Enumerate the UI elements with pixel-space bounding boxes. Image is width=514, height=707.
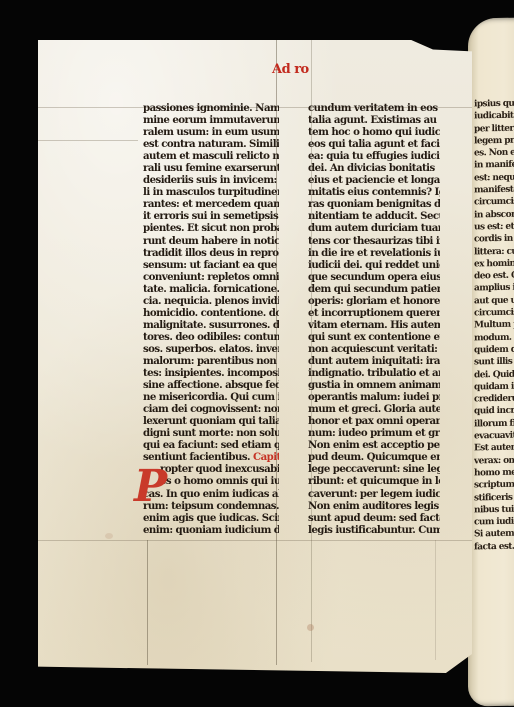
text-line: quid incredulitas — [474, 405, 514, 418]
text-line: tradidit illos deus in reprobum — [143, 247, 279, 259]
text-line: ribunt: et quicumque in lege pec — [308, 475, 440, 487]
text-line: amplius iudeo est — [474, 282, 514, 295]
text-line: homicidio. contentione. dolo. — [143, 307, 279, 319]
text-line: Non enim auditores legis iusti — [308, 500, 440, 512]
text-line: num: iudeo primum et greco. — [308, 427, 440, 439]
text-line: tate. malicia. fornicatione. avari — [143, 283, 279, 295]
text-line: tens cor thesaurizas tibi iram — [308, 235, 440, 247]
chapter-rubric: Capitulum II — [250, 451, 279, 463]
text-line: lege peccaverunt: sine lege pe — [308, 463, 440, 475]
text-line: cum iudicaris. — [474, 515, 514, 528]
text-line: homo mendax sicut — [474, 466, 514, 479]
text-line: malorum: parentibus non obedien — [143, 355, 279, 367]
text-line: pud deum. Quicumque enim sine — [308, 451, 440, 463]
text-line: non acquiescunt veritati: cre — [308, 343, 440, 355]
text-line: circumcisionis. — [474, 306, 514, 319]
adjacent-leaf: ipsius que legemiudicabit te quiper litt… — [468, 17, 514, 706]
text-line: mine eorum immutaverunt natu — [143, 114, 279, 126]
ruling-line-right-col-inner — [435, 540, 436, 660]
text-line: verax: omnis autem — [474, 454, 514, 467]
text-line: cordis in spiritu non — [474, 233, 514, 246]
text-line: operantis malum: iudei pri — [308, 391, 440, 403]
text-line: dei. An divicias bonitatis — [308, 162, 440, 174]
stain — [105, 533, 113, 539]
text-line: pientes. Et sicut non probave — [143, 222, 279, 234]
text-line: tem hoc o homo qui iudicas — [308, 126, 440, 138]
stain — [307, 624, 314, 631]
text-line: eius et paciencie et longani — [308, 174, 440, 186]
text-line: quidam illorum non — [474, 380, 514, 393]
text-line: iudicii dei. qui reddet unicui — [308, 259, 440, 271]
text-line: li in masculos turpitudinem ope — [143, 186, 279, 198]
text-line: operis: gloriam et honorem — [308, 295, 440, 307]
text-line: sensum: ut faciant ea que non — [143, 259, 279, 271]
text-line: lexerunt quoniam qui talia agunt — [143, 415, 279, 427]
text-line: mum et greci. Gloria autem et — [308, 403, 440, 415]
text-line: mitatis eius contemnis? Igno — [308, 186, 440, 198]
text-line: enim: quoniam iudicium dei est se — [143, 524, 279, 536]
text-line: Est autem deus — [474, 442, 514, 455]
text-line: nitentiam te adducit. Secun — [308, 210, 440, 222]
text-line: rantes: et mercedem quam oportu — [143, 198, 279, 210]
text-line: digni sunt morte: non solum — [143, 427, 279, 439]
text-line: qui ea faciunt: sed etiam qui con — [143, 439, 279, 451]
text-line: indignatio. tribulatio et an — [308, 367, 440, 379]
text-line: modum. Primum — [474, 331, 514, 344]
text-line: est: neque que in — [474, 171, 514, 184]
text-line: vitam eternam. His autem — [308, 319, 440, 331]
text-line: manifesto in carne — [474, 183, 514, 196]
text-line: sunt illis eloquia — [474, 356, 514, 369]
text-line: nibus tuis: et vincas — [474, 503, 514, 516]
text-line: ipsius que legem — [474, 97, 514, 110]
text-line: passiones ignominie. Nam fe — [143, 102, 279, 114]
text-line: tes: insipientes. incompositos. — [143, 367, 279, 379]
text-line: tores. deo odibiles: contumelio — [143, 331, 279, 343]
text-line: dunt autem iniquitati: ira et — [308, 355, 440, 367]
text-line: que secundum opera eius. His qui — [308, 271, 440, 283]
text-line: ralem usum: in eum usum qui — [143, 126, 279, 138]
ruling-line-top-2 — [38, 140, 138, 141]
ruling-line-left-col-outer — [147, 540, 148, 665]
adjacent-leaf-text: ipsius que legemiudicabit te quiper litt… — [474, 97, 514, 553]
text-line: dei. Quid enim si — [474, 368, 514, 381]
text-line: ras quoniam benignitas dei ad pe — [308, 198, 440, 210]
text-line: ex hominibus sed ex — [474, 257, 514, 270]
text-line: dem qui secundum patientiam boni — [308, 283, 440, 295]
text-line: us est: et circumcisio — [474, 220, 514, 233]
text-line: circumcisio: sed qui — [474, 196, 514, 209]
text-line: gustia in omnem animam hominis — [308, 379, 440, 391]
text-line: qui sunt ex contentione et qui — [308, 331, 440, 343]
text-line: in abscondito iude — [474, 208, 514, 221]
text-line: Multum per omnem — [474, 319, 514, 332]
text-line: littera: cuius laus non — [474, 245, 514, 258]
rubricated-initial: P — [134, 465, 167, 509]
text-line: aut que utilitas — [474, 294, 514, 307]
text-line: autem et masculi relicto natu — [143, 150, 279, 162]
text-line: desideriis suis in invicem: mascu — [143, 174, 279, 186]
running-head: Ad ro — [272, 62, 309, 77]
text-column-right: cundum veritatem in eos quitalia agunt. … — [308, 102, 440, 536]
text-line: talia agunt. Existimas au — [308, 114, 440, 126]
text-line: enim agis que iudicas. Scim — [143, 512, 279, 524]
text-line: conveniunt: repletos omni iniqui — [143, 271, 279, 283]
text-line: runt deum habere in noticia: — [143, 235, 279, 247]
text-line: malignitate. susurrones. detrac — [143, 319, 279, 331]
text-line: facta est. Si — [474, 540, 514, 553]
text-line: stificeris in sermo — [474, 491, 514, 504]
text-line: caverunt: per legem iudicabuntur. — [308, 488, 440, 500]
text-line: rali usu femine exarserunt in — [143, 162, 279, 174]
text-line: sine affectione. absque federe. si — [143, 379, 279, 391]
text-line: est contra naturam. Similiter — [143, 138, 279, 150]
text-line: per litteram et — [474, 122, 514, 135]
text-line: in manifesto iudeus — [474, 159, 514, 172]
text-line: quidem quia credita — [474, 343, 514, 356]
text-line: dum autem duriciam tuam et impeni — [308, 222, 440, 234]
text-line: evacuavit? Absit. — [474, 429, 514, 442]
text-line: et incorruptionem querentibus — [308, 307, 440, 319]
text-line: ciam dei cognovissent: non intel — [143, 403, 279, 415]
text-line: it erroris sui in semetipsis reci — [143, 210, 279, 222]
text-line: deo est. Quid ergo — [474, 270, 514, 283]
text-line: cundum veritatem in eos qui — [308, 102, 440, 114]
text-line: Non enim est acceptio personarum a — [308, 439, 440, 451]
text-line: eos qui talia agunt et facis — [308, 138, 440, 150]
text-line: ne misericordia. Qui cum iusti — [143, 391, 279, 403]
text-line: legis iustificabuntur. Cum enim — [308, 524, 440, 536]
text-line: scriptum est: ut iu — [474, 479, 514, 492]
text-line: legem prevaricator — [474, 134, 514, 147]
text-line: illorum fidem dei — [474, 417, 514, 430]
text-line: cia. nequicia. plenos invidia. — [143, 295, 279, 307]
text-line: sunt apud deum: sed factores — [308, 512, 440, 524]
text-line: Si autem iniquitas — [474, 528, 514, 541]
text-line: in die ire et revelationis iusti — [308, 247, 440, 259]
text-line: sos. superbos. elatos. inventores — [143, 343, 279, 355]
text-line: ea: quia tu effugies iudiciu — [308, 150, 440, 162]
text-line: crediderunt: num — [474, 392, 514, 405]
ruling-line-bottom — [38, 540, 472, 541]
text-line: honor et pax omni operanti bo — [308, 415, 440, 427]
text-line: es. Non enim qui — [474, 147, 514, 160]
text-line: iudicabit te qui — [474, 110, 514, 123]
